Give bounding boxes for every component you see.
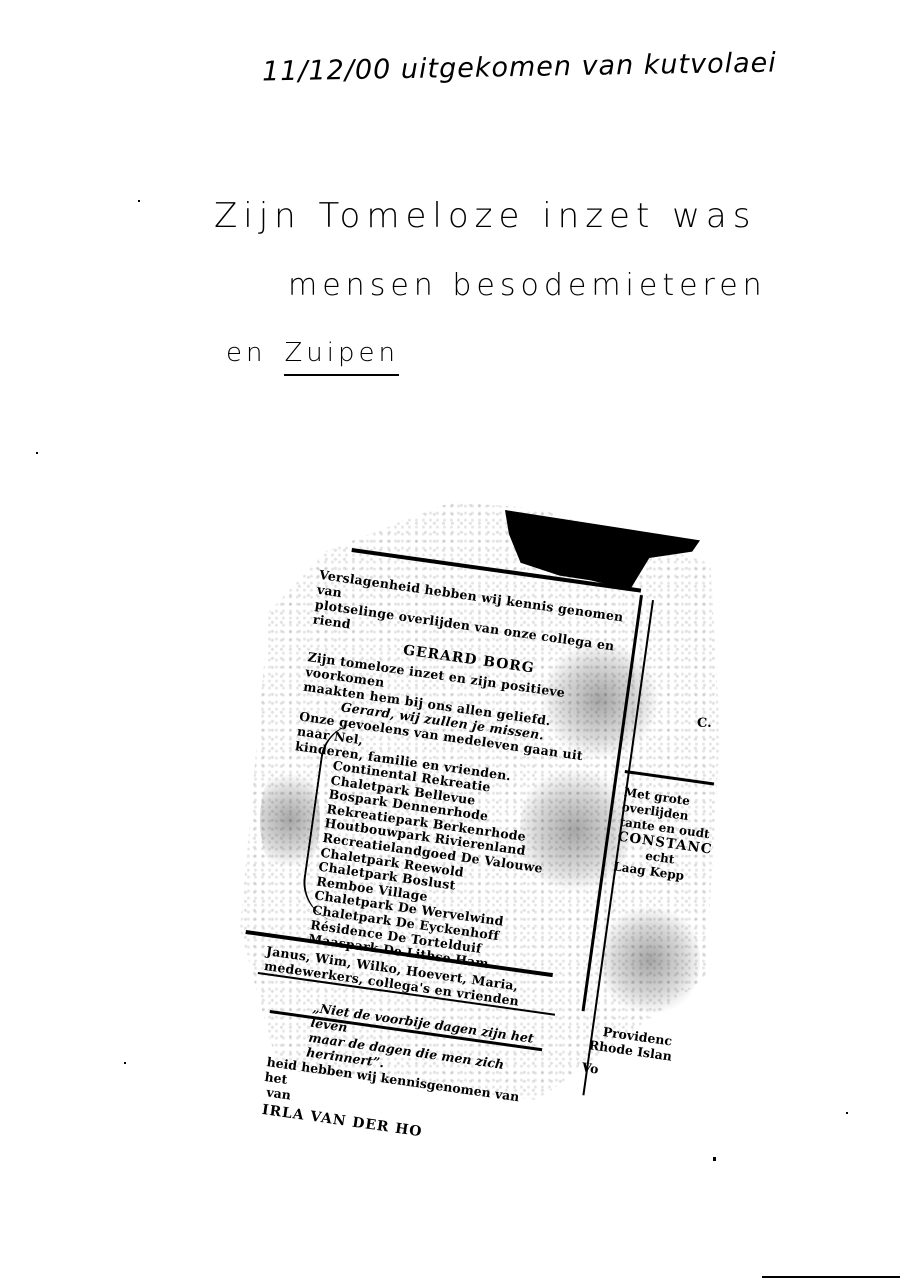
scan-speck bbox=[124, 1062, 126, 1064]
toner-stain bbox=[600, 900, 700, 1020]
scan-speck bbox=[713, 1157, 716, 1161]
scan-speck bbox=[138, 200, 140, 202]
handwritten-line-3-prefix: en bbox=[226, 338, 266, 368]
handwritten-line-3: enZuipen bbox=[226, 338, 399, 376]
side-notice-fragment: C. bbox=[697, 716, 712, 731]
scan-speck bbox=[846, 1112, 848, 1114]
scan-speck bbox=[36, 452, 38, 454]
obituary-notice-gerard-borg: Verslagenheid hebben wij kennis genomen … bbox=[263, 555, 639, 1017]
handwritten-date-line: 11/12/00 uitgekomen van kutvolaei bbox=[262, 48, 777, 88]
handwritten-line-2: mensen besodemieteren bbox=[288, 268, 767, 303]
side-notice-bottom: Providenc Rhode Islan Vo bbox=[597, 1024, 675, 1086]
handwritten-line-1: Zijn Tomeloze inzet was bbox=[214, 196, 756, 236]
side-obituary-notice: Met grote overlijden tante en oudt CONST… bbox=[612, 785, 724, 888]
handwritten-underlined-word: Zuipen bbox=[284, 338, 399, 376]
